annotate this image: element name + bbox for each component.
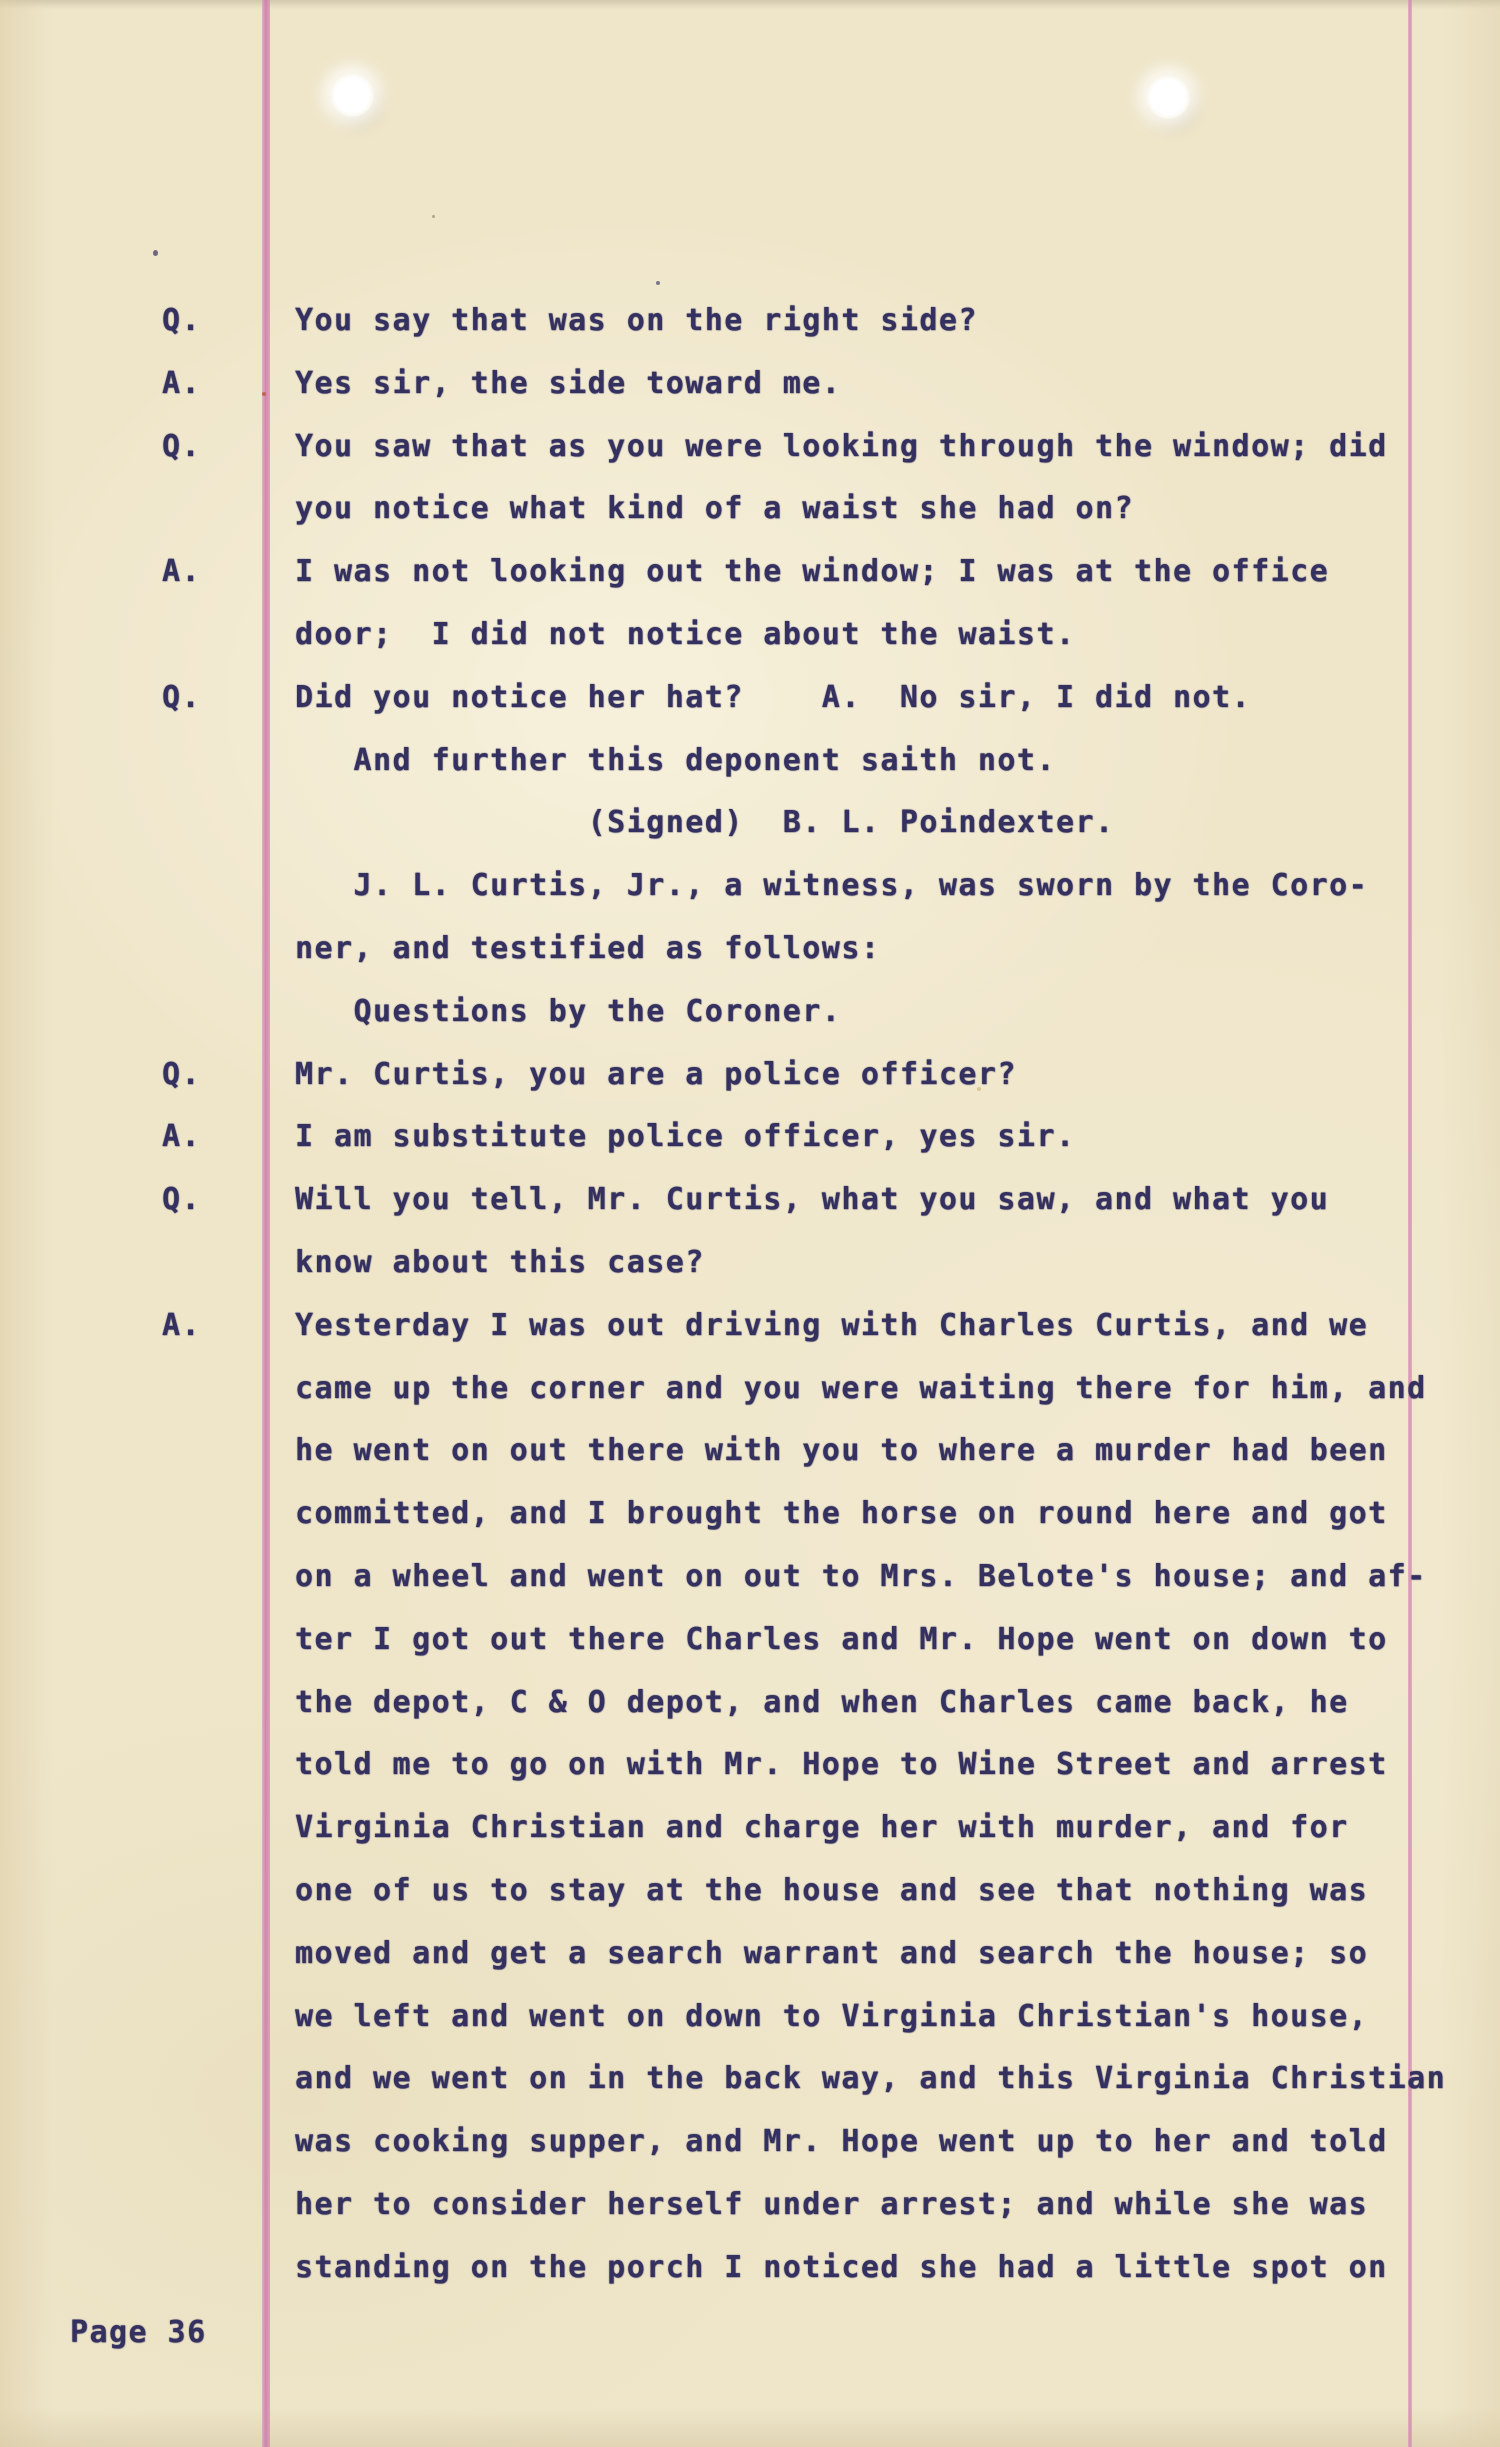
line-text: he went on out there with you to where a… <box>295 1434 1388 1468</box>
line-text: Mr. Curtis, you are a police officer? <box>295 1058 1017 1092</box>
transcript-line: ner, and testified as follows: <box>0 932 1500 966</box>
transcript-line: (Signed) B. L. Poindexter. <box>0 806 1500 840</box>
transcript-line: Q.Mr. Curtis, you are a police officer? <box>0 1058 1500 1092</box>
transcript-line: ter I got out there Charles and Mr. Hope… <box>0 1623 1500 1657</box>
line-text: standing on the porch I noticed she had … <box>295 2251 1388 2285</box>
line-text: Yesterday I was out driving with Charles… <box>295 1309 1368 1343</box>
line-text: know about this case? <box>295 1246 705 1280</box>
line-text: told me to go on with Mr. Hope to Wine S… <box>295 1748 1388 1782</box>
speaker-label: A. <box>162 555 201 589</box>
line-text: committed, and I brought the horse on ro… <box>295 1497 1388 1531</box>
page-number: Page 36 <box>70 2316 207 2350</box>
line-text: You say that was on the right side? <box>295 304 978 338</box>
transcript-line: he went on out there with you to where a… <box>0 1434 1500 1468</box>
transcript-line: A.Yes sir, the side toward me. <box>0 367 1500 401</box>
line-text: J. L. Curtis, Jr., a witness, was sworn … <box>295 869 1368 903</box>
line-text: Virginia Christian and charge her with m… <box>295 1811 1349 1845</box>
line-text: Will you tell, Mr. Curtis, what you saw,… <box>295 1183 1329 1217</box>
speaker-label: Q. <box>162 1183 201 1217</box>
line-text: on a wheel and went on out to Mrs. Belot… <box>295 1560 1427 1594</box>
transcript-text: Q.You say that was on the right side?A.Y… <box>0 0 1500 2447</box>
line-text: the depot, C & O depot, and when Charles… <box>295 1686 1349 1720</box>
transcript-line: committed, and I brought the horse on ro… <box>0 1497 1500 1531</box>
transcript-line: J. L. Curtis, Jr., a witness, was sworn … <box>0 869 1500 903</box>
transcript-line: came up the corner and you were waiting … <box>0 1372 1500 1406</box>
line-text: one of us to stay at the house and see t… <box>295 1874 1368 1908</box>
speaker-label: Q. <box>162 304 201 338</box>
transcript-line: was cooking supper, and Mr. Hope went up… <box>0 2125 1500 2159</box>
transcript-line: her to consider herself under arrest; an… <box>0 2188 1500 2222</box>
line-text: we left and went on down to Virginia Chr… <box>295 2000 1368 2034</box>
line-text: Did you notice her hat? A. No sir, I did… <box>295 681 1251 715</box>
transcript-line: A.I am substitute police officer, yes si… <box>0 1120 1500 1154</box>
line-text: and we went on in the back way, and this… <box>295 2062 1446 2096</box>
line-text: ter I got out there Charles and Mr. Hope… <box>295 1623 1388 1657</box>
line-text: ner, and testified as follows: <box>295 932 880 966</box>
transcript-line: moved and get a search warrant and searc… <box>0 1937 1500 1971</box>
transcript-line: Virginia Christian and charge her with m… <box>0 1811 1500 1845</box>
line-text: Yes sir, the side toward me. <box>295 367 841 401</box>
transcript-line: told me to go on with Mr. Hope to Wine S… <box>0 1748 1500 1782</box>
speaker-label: Q. <box>162 1058 201 1092</box>
transcript-line: And further this deponent saith not. <box>0 744 1500 778</box>
speaker-label: A. <box>162 1120 201 1154</box>
line-text: you notice what kind of a waist she had … <box>295 492 1134 526</box>
transcript-line: the depot, C & O depot, and when Charles… <box>0 1686 1500 1720</box>
speaker-label: Q. <box>162 681 201 715</box>
transcript-line: on a wheel and went on out to Mrs. Belot… <box>0 1560 1500 1594</box>
transcript-line: Questions by the Coroner. <box>0 995 1500 1029</box>
line-text: was cooking supper, and Mr. Hope went up… <box>295 2125 1388 2159</box>
transcript-line: one of us to stay at the house and see t… <box>0 1874 1500 1908</box>
transcript-line: standing on the porch I noticed she had … <box>0 2251 1500 2285</box>
line-text: You saw that as you were looking through… <box>295 430 1388 464</box>
transcript-line: Q.You say that was on the right side? <box>0 304 1500 338</box>
line-text: And further this deponent saith not. <box>295 744 1056 778</box>
transcript-line: know about this case? <box>0 1246 1500 1280</box>
transcript-line: and we went on in the back way, and this… <box>0 2062 1500 2096</box>
line-text: door; I did not notice about the waist. <box>295 618 1075 652</box>
document-page: Q.You say that was on the right side?A.Y… <box>0 0 1500 2447</box>
transcript-line: we left and went on down to Virginia Chr… <box>0 2000 1500 2034</box>
line-text: (Signed) B. L. Poindexter. <box>295 806 1114 840</box>
line-text: I am substitute police officer, yes sir. <box>295 1120 1075 1154</box>
speaker-label: A. <box>162 1309 201 1343</box>
line-text: Questions by the Coroner. <box>295 995 841 1029</box>
transcript-line: A.I was not looking out the window; I wa… <box>0 555 1500 589</box>
line-text: moved and get a search warrant and searc… <box>295 1937 1368 1971</box>
speaker-label: A. <box>162 367 201 401</box>
transcript-line: you notice what kind of a waist she had … <box>0 492 1500 526</box>
line-text: came up the corner and you were waiting … <box>295 1372 1427 1406</box>
transcript-line: Q.Will you tell, Mr. Curtis, what you sa… <box>0 1183 1500 1217</box>
transcript-line: A.Yesterday I was out driving with Charl… <box>0 1309 1500 1343</box>
line-text: I was not looking out the window; I was … <box>295 555 1329 589</box>
transcript-line: Q.You saw that as you were looking throu… <box>0 430 1500 464</box>
speaker-label: Q. <box>162 430 201 464</box>
line-text: her to consider herself under arrest; an… <box>295 2188 1368 2222</box>
transcript-line: Q.Did you notice her hat? A. No sir, I d… <box>0 681 1500 715</box>
transcript-line: door; I did not notice about the waist. <box>0 618 1500 652</box>
